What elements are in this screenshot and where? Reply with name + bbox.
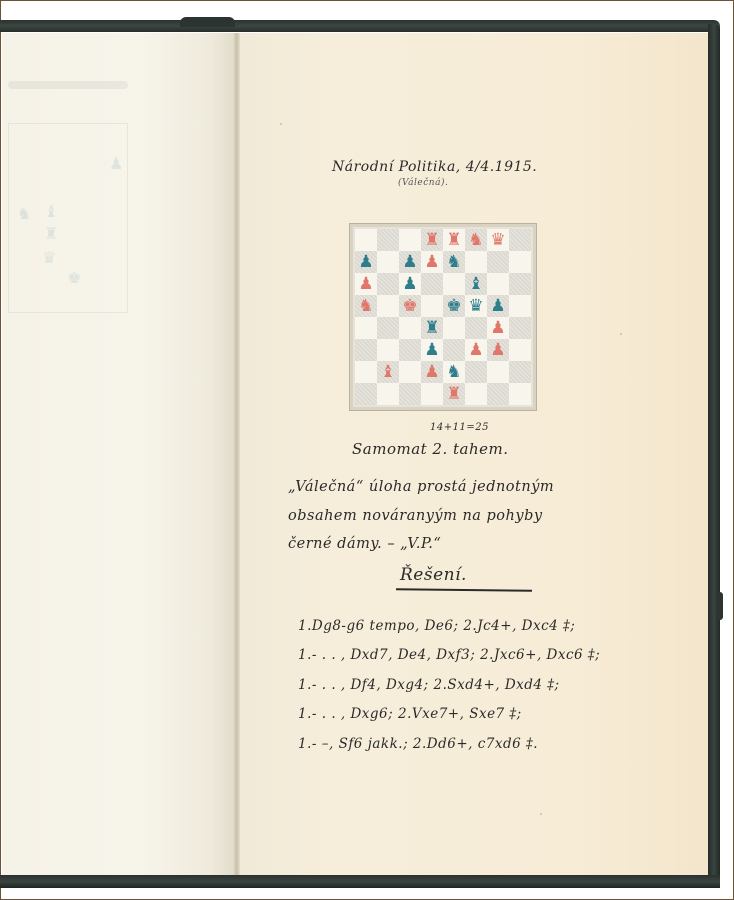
board-square-b4: [377, 317, 399, 339]
board-square-c3: [399, 339, 421, 361]
board-square-g4: ♟: [487, 317, 509, 339]
chess-board: ♜♜♞♛♟♟♟♞♟♟♝♞♚♚♛♟♜♟♟♟♟♝♟♞♜: [355, 229, 531, 405]
board-square-e1: ♜: [443, 383, 465, 405]
black-pawn-icon: ♟: [402, 254, 417, 271]
board-square-g1: [487, 383, 509, 405]
board-square-b2: ♝: [377, 361, 399, 383]
board-square-c1: [399, 383, 421, 405]
board-square-e3: [443, 339, 465, 361]
board-square-e5: ♚: [443, 295, 465, 317]
board-square-h1: [509, 383, 531, 405]
board-square-a5: ♞: [355, 295, 377, 317]
cover-bottom-edge: [0, 875, 720, 888]
black-pawn-icon: ♟: [358, 254, 373, 271]
black-pawn-icon: ♟: [402, 276, 417, 293]
white-king-icon: ♚: [402, 298, 417, 315]
notebook: ♟ ♝ ♞ ♜ ♛ ♚ Národní Politika, 4/4.1915. …: [0, 20, 720, 888]
board-square-a1: [355, 383, 377, 405]
board-square-b6: [377, 273, 399, 295]
board-square-f4: [465, 317, 487, 339]
comment-line: obsahem nováranyým na pohyby: [288, 508, 543, 524]
white-knight-icon: ♞: [358, 298, 373, 315]
black-queen-icon: ♛: [468, 298, 483, 315]
white-bishop-icon: ♝: [380, 364, 395, 381]
heading-underline: [396, 588, 532, 591]
black-king-icon: ♚: [446, 298, 461, 315]
white-rook-icon: ♜: [446, 386, 461, 403]
paper-speck: [540, 813, 542, 815]
board-square-d8: ♜: [421, 229, 443, 251]
solution-line: 1.- –, Sf6 jakk.; 2.Dd6+, c7xd6 ‡.: [298, 736, 538, 752]
board-square-a7: ♟: [355, 251, 377, 273]
board-square-f1: [465, 383, 487, 405]
solution-line: 1.- . . , Dxd7, De4, Dxf3; 2.Jxc6+, Dxc6…: [298, 647, 600, 663]
cover-right-edge: [708, 24, 720, 886]
black-pawn-icon: ♟: [490, 298, 505, 315]
board-square-a6: ♟: [355, 273, 377, 295]
source-title: Národní Politika, 4/4.1915.: [332, 159, 537, 175]
solution-line: 1.- . . , Df4, Dxg4; 2.Sxd4+, Dxd4 ‡;: [298, 677, 560, 693]
black-knight-icon: ♞: [446, 364, 461, 381]
black-pawn-icon: ♟: [424, 342, 439, 359]
cover-top-edge: [0, 20, 720, 32]
bleed-piece-icon: ♞: [17, 204, 31, 223]
right-page: Národní Politika, 4/4.1915. (Válečná). ♜…: [240, 33, 708, 875]
chess-diagram: ♜♜♞♛♟♟♟♞♟♟♝♞♚♚♛♟♜♟♟♟♟♝♟♞♜: [349, 223, 537, 411]
board-square-d1: [421, 383, 443, 405]
board-square-h4: [509, 317, 531, 339]
cover-wear: [180, 17, 235, 27]
board-square-f3: ♟: [465, 339, 487, 361]
board-square-d6: [421, 273, 443, 295]
board-square-a3: [355, 339, 377, 361]
board-square-c6: ♟: [399, 273, 421, 295]
board-square-d4: ♜: [421, 317, 443, 339]
board-square-f2: [465, 361, 487, 383]
stipulation: Samomat 2. tahem.: [352, 440, 509, 458]
solution-line: 1.Dg8-g6 tempo, De6; 2.Jc4+, Dxc4 ‡;: [298, 618, 575, 634]
board-square-h6: [509, 273, 531, 295]
board-square-e2: ♞: [443, 361, 465, 383]
bleed-piece-icon: ♜: [44, 224, 58, 243]
black-knight-icon: ♞: [446, 254, 461, 271]
black-rook-icon: ♜: [424, 320, 439, 337]
bleed-piece-icon: ♝: [44, 202, 58, 221]
cover-clasp: [718, 592, 723, 620]
board-square-d3: ♟: [421, 339, 443, 361]
board-square-e7: ♞: [443, 251, 465, 273]
board-square-c4: [399, 317, 421, 339]
paper-speck: [620, 333, 622, 335]
board-square-b7: [377, 251, 399, 273]
board-square-a8: [355, 229, 377, 251]
board-square-f7: [465, 251, 487, 273]
solution-line: 1.- . . , Dxg6; 2.Vxe7+, Sxe7 ‡;: [298, 706, 522, 722]
white-pawn-icon: ♟: [468, 342, 483, 359]
piece-count: 14+11=25: [430, 422, 489, 433]
board-square-b3: [377, 339, 399, 361]
solution-heading: Řešení.: [400, 565, 467, 585]
white-pawn-icon: ♟: [358, 276, 373, 293]
paper-speck: [280, 123, 282, 125]
board-square-a2: [355, 361, 377, 383]
board-square-d2: ♟: [421, 361, 443, 383]
bleed-piece-icon: ♚: [67, 268, 81, 287]
board-square-g8: ♛: [487, 229, 509, 251]
board-square-a4: [355, 317, 377, 339]
board-square-g5: ♟: [487, 295, 509, 317]
bleed-piece-icon: ♛: [42, 248, 56, 267]
board-square-f6: ♝: [465, 273, 487, 295]
board-square-g3: ♟: [487, 339, 509, 361]
board-square-e4: [443, 317, 465, 339]
board-square-d5: [421, 295, 443, 317]
board-square-b8: [377, 229, 399, 251]
board-square-h2: [509, 361, 531, 383]
white-pawn-icon: ♟: [424, 254, 439, 271]
source-subtitle: (Válečná).: [398, 178, 448, 188]
board-square-f8: ♞: [465, 229, 487, 251]
board-square-d7: ♟: [421, 251, 443, 273]
white-queen-icon: ♛: [490, 232, 505, 249]
board-square-h8: [509, 229, 531, 251]
board-square-e8: ♜: [443, 229, 465, 251]
white-rook-icon: ♜: [424, 232, 439, 249]
comment-line: „Válečná“ úloha prostá jednotným: [288, 479, 554, 495]
comment-line: černé dámy. – „V.P.“: [288, 536, 441, 552]
board-square-c5: ♚: [399, 295, 421, 317]
black-bishop-icon: ♝: [468, 276, 483, 293]
white-pawn-icon: ♟: [424, 364, 439, 381]
board-square-h3: [509, 339, 531, 361]
board-square-b1: [377, 383, 399, 405]
bleed-piece-icon: ♟: [109, 154, 123, 173]
board-square-g7: [487, 251, 509, 273]
board-square-b5: [377, 295, 399, 317]
bleed-through-board: ♟ ♝ ♞ ♜ ♛ ♚: [8, 123, 128, 313]
board-square-c7: ♟: [399, 251, 421, 273]
board-square-h5: [509, 295, 531, 317]
board-square-f5: ♛: [465, 295, 487, 317]
white-pawn-icon: ♟: [490, 342, 505, 359]
board-square-g2: [487, 361, 509, 383]
white-pawn-icon: ♟: [490, 320, 505, 337]
bleed-through-title: [8, 81, 128, 89]
left-page: ♟ ♝ ♞ ♜ ♛ ♚: [2, 33, 234, 875]
white-rook-icon: ♜: [446, 232, 461, 249]
board-square-h7: [509, 251, 531, 273]
board-square-g6: [487, 273, 509, 295]
white-knight-icon: ♞: [468, 232, 483, 249]
board-square-c2: [399, 361, 421, 383]
board-square-e6: [443, 273, 465, 295]
board-square-c8: [399, 229, 421, 251]
